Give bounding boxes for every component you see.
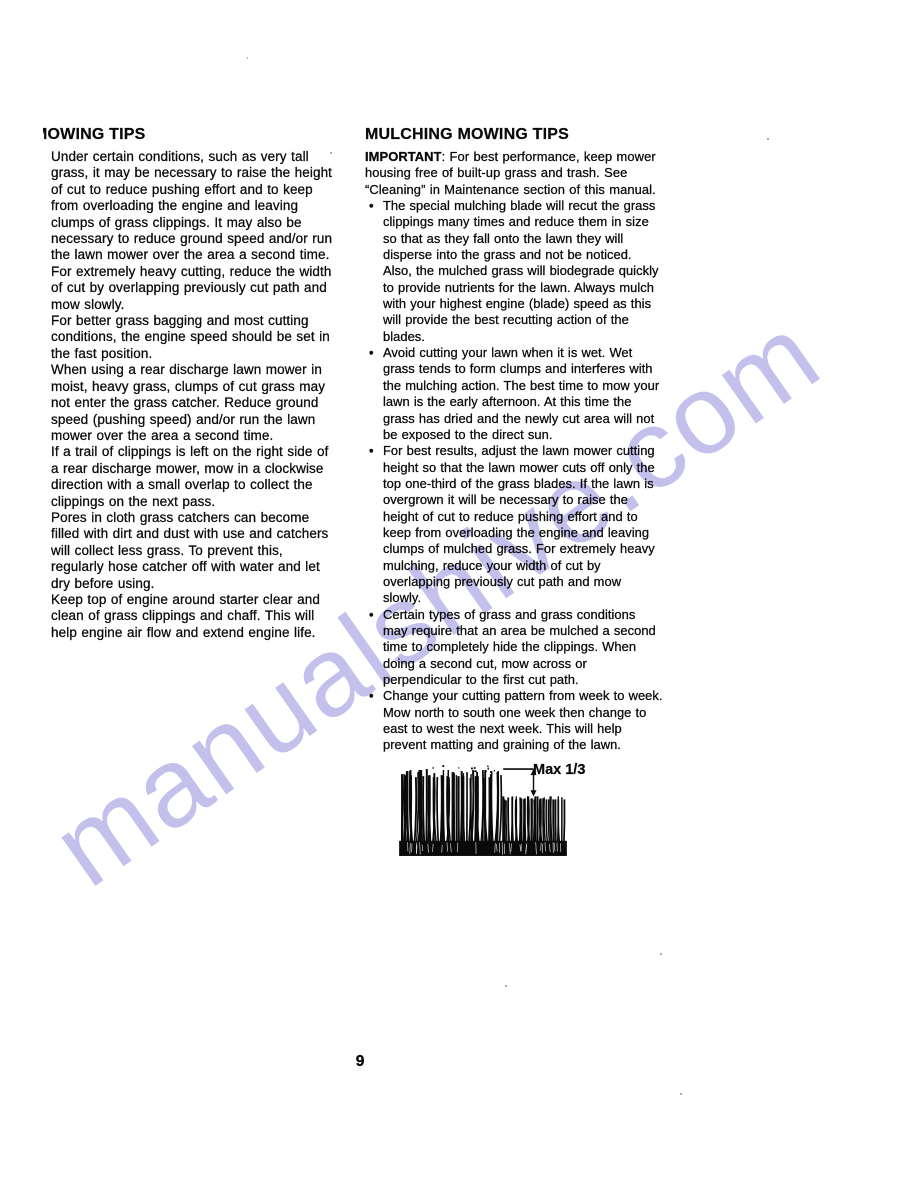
paragraph: For extremely heavy cutting, reduce the … — [51, 264, 335, 313]
section-heading-mulching-mowing-tips: MULCHING MOWING TIPS — [365, 126, 663, 143]
list-item-text: Change your cutting pattern from week to… — [383, 688, 663, 753]
list-item: •Change your cutting pattern from week t… — [365, 688, 663, 753]
paragraph: Pores in cloth grass catchers can become… — [51, 510, 335, 592]
list-item-text: For best results, adjust the lawn mower … — [383, 443, 663, 606]
list-item-text: Avoid cutting your lawn when it is wet. … — [383, 345, 663, 443]
bullet-icon: • — [369, 345, 374, 361]
scan-speck — [330, 152, 332, 154]
paragraph: Under certain conditions, such as very t… — [51, 149, 335, 264]
bullet-icon: • — [369, 607, 374, 623]
list-item: •Certain types of grass and grass condit… — [365, 607, 663, 689]
scan-speck — [680, 1093, 682, 1095]
paragraph: Keep top of engine around starter clear … — [51, 592, 335, 641]
list-item: •Avoid cutting your lawn when it is wet.… — [365, 345, 663, 443]
scan-speck — [505, 985, 507, 987]
grass-illustration — [398, 764, 570, 860]
important-note: IMPORTANT: For best performance, keep mo… — [365, 149, 663, 198]
page-number: 9 — [348, 1053, 372, 1071]
list-item-text: Certain types of grass and grass conditi… — [383, 607, 663, 689]
mowing-tips-section: MOWING TIPS Under certain conditions, su… — [43, 126, 335, 641]
grass-cut-height-figure: Max 1/3 — [398, 762, 638, 862]
heading-clip: MOWING TIPS — [43, 126, 335, 149]
scan-speck — [767, 138, 769, 140]
max-cut-label: Max 1/3 — [533, 762, 585, 778]
list-item-text: The special mulching blade will recut th… — [383, 198, 663, 345]
bullet-icon: • — [369, 688, 374, 704]
list-item: •For best results, adjust the lawn mower… — [365, 443, 663, 606]
mulching-tips-list: •The special mulching blade will recut t… — [365, 198, 663, 754]
paragraph: If a trail of clippings is left on the r… — [51, 444, 335, 510]
bullet-icon: • — [369, 198, 374, 214]
section-heading-mowing-tips: MOWING TIPS — [43, 126, 335, 143]
scan-speck — [440, 487, 442, 489]
scan-speck — [660, 953, 662, 955]
paragraph: For better grass bagging and most cuttin… — [51, 313, 335, 362]
scan-speck — [247, 57, 248, 59]
manual-page: manualshive.com MOWING TIPS Under certai… — [0, 0, 918, 1188]
list-item: •The special mulching blade will recut t… — [365, 198, 663, 345]
paragraph: When using a rear discharge lawn mower i… — [51, 362, 335, 444]
bullet-icon: • — [369, 443, 374, 459]
mulching-mowing-tips-section: MULCHING MOWING TIPS IMPORTANT: For best… — [365, 126, 663, 862]
important-label: IMPORTANT — [365, 149, 442, 164]
